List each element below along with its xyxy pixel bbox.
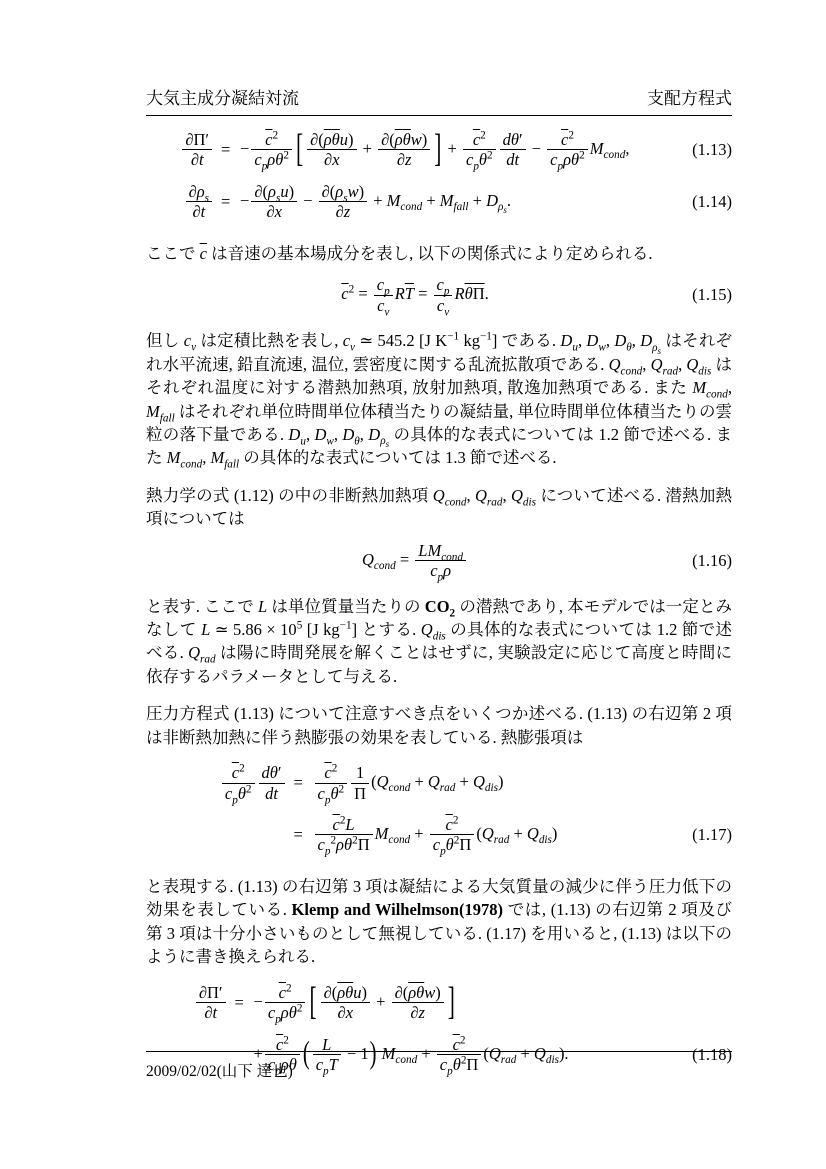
header-right-title: 支配方程式 <box>647 84 732 109</box>
equation-1-15: c2 = cpcvRT = cpcvRθΠ. (1.15) <box>146 275 732 315</box>
eq17-lhs-spacer <box>146 809 287 861</box>
eq17-equals-2: = <box>287 809 313 861</box>
equation-number-15: (1.15) <box>684 285 732 305</box>
eq14-equals: = <box>214 176 240 228</box>
eq17-equals-1: = <box>287 757 313 809</box>
equation-number-13: (1.13) <box>684 124 732 176</box>
paragraph-sound-speed-intro: ここで c は音速の基本場成分を表し, 以下の関係式により定められる. <box>146 242 732 265</box>
eq15-body: c2 = cpcvRT = cpcvRθΠ. <box>146 275 684 315</box>
equation-1-17-row1: c2cpθ2dθ′dt = c2cpθ21Π(Qcond + Qrad + Qd… <box>146 757 732 809</box>
header-rule <box>146 115 732 116</box>
eq16-body: Qcond = LMcondcpρ <box>146 541 684 581</box>
eq14-rhs: −∂(ρsu)∂x − ∂(ρsw)∂z + Mcond + Mfall + D… <box>240 176 684 228</box>
equation-align-group: ∂Π′∂t = −c2cpρθ2[∂(ρθu)∂x + ∂(ρθw)∂z] + … <box>146 124 732 228</box>
equation-number-14: (1.14) <box>684 176 732 228</box>
equation-block-13-14: ∂Π′∂t = −c2cpρθ2[∂(ρθu)∂x + ∂(ρθw)∂z] + … <box>146 124 732 228</box>
eq13-rhs: −c2cpρθ2[∂(ρθu)∂x + ∂(ρθw)∂z] + c2cpθ2dθ… <box>240 124 684 176</box>
paragraph-klemp-wilhelmson: と表現する. (1.13) の右辺第 3 項は凝結による大気質量の減少に伴う圧力… <box>146 875 732 969</box>
header-left-title: 大気主成分凝結対流 <box>146 84 299 109</box>
page-footer: 2009/02/02(山下 達也) <box>146 1051 732 1081</box>
equation-1-18-row1: ∂Π′∂t = −c2cpρθ2[∂(ρθu)∂x + ∂(ρθw)∂z] <box>146 977 732 1029</box>
equation-align-group: c2cpθ2dθ′dt = c2cpθ21Π(Qcond + Qrad + Qd… <box>146 757 732 861</box>
equation-number-17: (1.17) <box>684 809 732 861</box>
eq17-rhs-1: c2cpθ21Π(Qcond + Qrad + Qdis) <box>313 757 685 809</box>
footer-date-author: 2009/02/02(山下 達也) <box>146 1063 293 1080</box>
equation-1-14: ∂ρs∂t = −∂(ρsu)∂x − ∂(ρsw)∂z + Mcond + M… <box>146 176 732 228</box>
eq18-lhs: ∂Π′∂t <box>146 977 228 1029</box>
eq18-rhs-1: −c2cpρθ2[∂(ρθu)∂x + ∂(ρθw)∂z] <box>254 977 684 1029</box>
paragraph-latent-heat: と表す. ここで L は単位質量当たりの CO2 の潜熱であり, 本モデルでは一… <box>146 595 732 689</box>
page-header: 大気主成分凝結対流 支配方程式 <box>146 84 732 109</box>
eq17-rhs-2: c2Lcp2ρθ2ΠMcond + c2cpθ2Π(Qrad + Qdis) <box>313 809 685 861</box>
equation-1-16: Qcond = LMcondcpρ (1.16) <box>146 541 732 581</box>
equation-block-17: c2cpθ2dθ′dt = c2cpθ21Π(Qcond + Qrad + Qd… <box>146 757 732 861</box>
equation-number-spacer <box>684 757 732 809</box>
document-page: 大気主成分凝結対流 支配方程式 ∂Π′∂t = −c2cpρθ2[∂(ρθu)∂… <box>0 0 826 1169</box>
paragraph-pressure-equation-notes: 圧力方程式 (1.13) について注意すべき点をいくつか述べる. (1.13) … <box>146 702 732 749</box>
eq13-lhs: ∂Π′∂t <box>146 124 214 176</box>
equation-number-spacer <box>684 977 732 1029</box>
paragraph-terms-definition: 但し cv は定積比熱を表し, cv ≃ 545.2 [J K−1 kg−1] … <box>146 329 732 470</box>
page-content: 大気主成分凝結対流 支配方程式 ∂Π′∂t = −c2cpρθ2[∂(ρθu)∂… <box>146 84 732 1081</box>
eq14-lhs: ∂ρs∂t <box>146 176 214 228</box>
equation-number-16: (1.16) <box>684 551 732 571</box>
eq17-lhs: c2cpθ2dθ′dt <box>146 757 287 809</box>
footer-rule <box>146 1051 732 1052</box>
paragraph-diabatic-heating: 熱力学の式 (1.12) の中の非断熱加熱項 Qcond, Qrad, Qdis… <box>146 484 732 531</box>
eq18-equals: = <box>228 977 254 1029</box>
eq13-equals: = <box>214 124 240 176</box>
equation-1-13: ∂Π′∂t = −c2cpρθ2[∂(ρθu)∂x + ∂(ρθw)∂z] + … <box>146 124 732 176</box>
equation-1-17-row2: = c2Lcp2ρθ2ΠMcond + c2cpθ2Π(Qrad + Qdis)… <box>146 809 732 861</box>
